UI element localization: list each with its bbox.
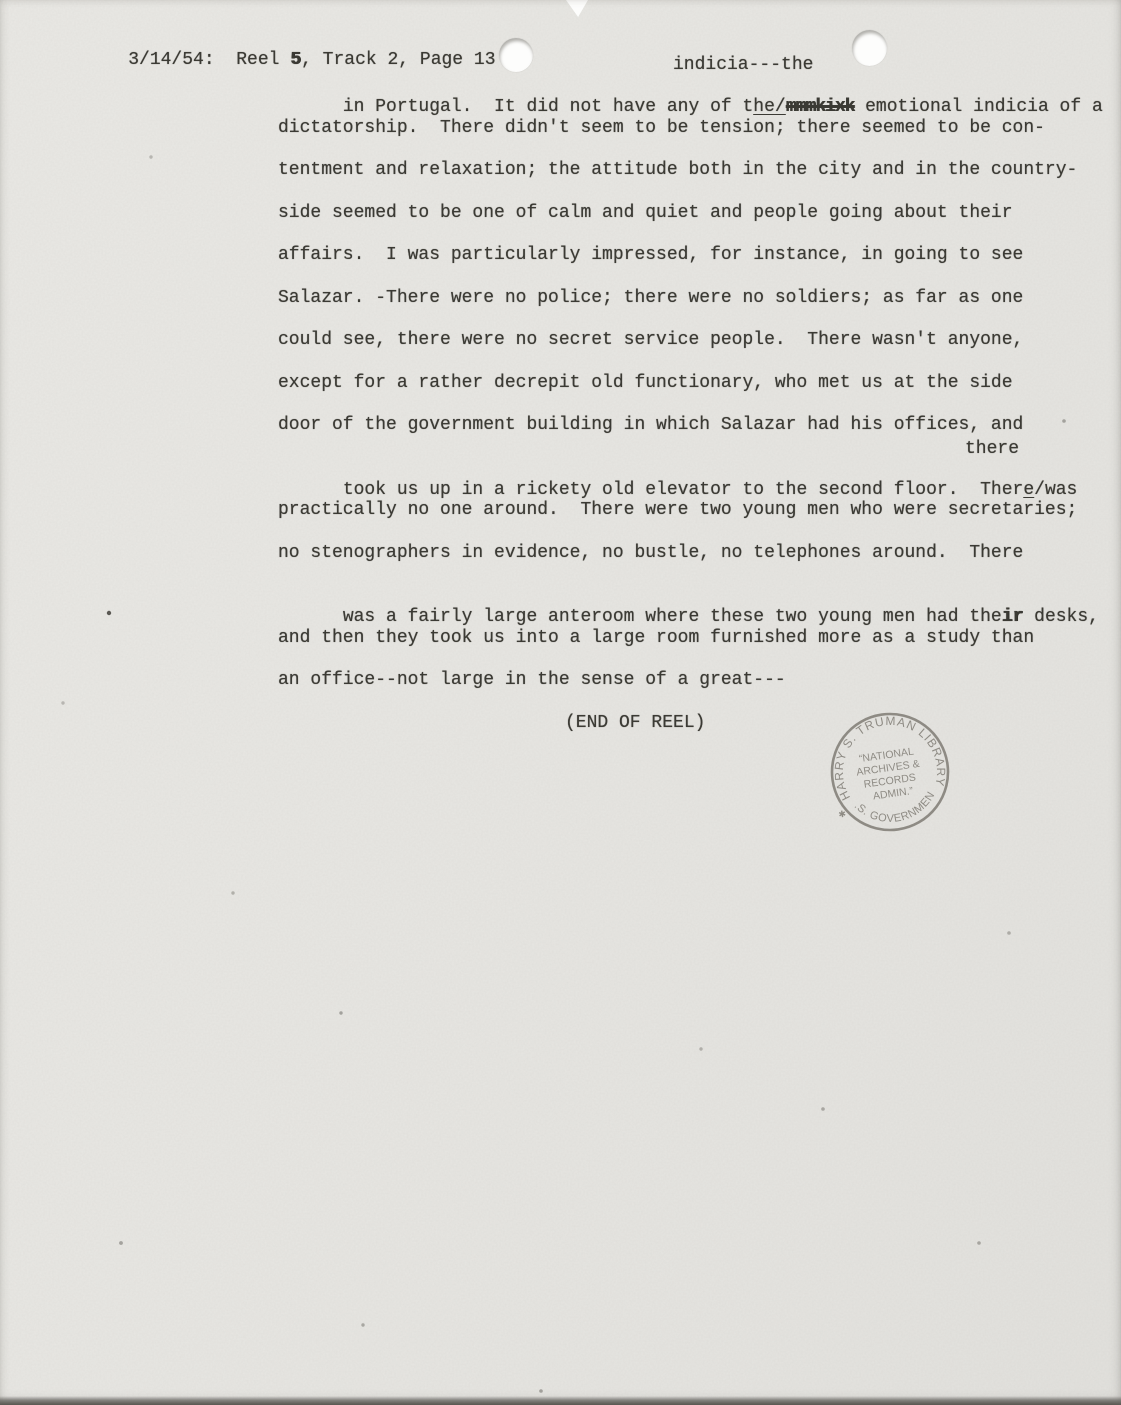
line1-caret-slash: / bbox=[775, 97, 786, 117]
transcript-body: indicia---thein Portugal. It did not hav… bbox=[278, 74, 1103, 754]
header-gap bbox=[215, 50, 237, 70]
typed-insertion-there: there bbox=[965, 438, 1019, 460]
scanned-document-page: 3/14/54: Reel 5, Track 2, Page 13 indici… bbox=[0, 0, 1121, 1405]
line1-underlined: he bbox=[753, 97, 775, 117]
line13-post: desks, bbox=[1023, 607, 1099, 627]
transcript-line-3: tentment and relaxation; the attitude bo… bbox=[278, 159, 1103, 202]
transcript-line-14: and then they took us into a large room … bbox=[278, 627, 1103, 670]
stamp-center-text: “NATIONAL ARCHIVES & RECORDS ADMIN.” bbox=[854, 745, 927, 805]
punch-hole-right bbox=[852, 30, 887, 66]
header-reel-label: Reel bbox=[236, 50, 290, 70]
end-of-reel-marker: (END OF REEL) bbox=[278, 712, 1103, 755]
stamp-star-icon: ✱ bbox=[838, 809, 847, 820]
line10-caret-slash: / bbox=[1034, 480, 1045, 500]
transcript-line-15: an office--not large in the sense of a g… bbox=[278, 669, 1103, 712]
scan-bottom-edge bbox=[0, 1396, 1121, 1405]
line10-pre: took us up in a rickety old elevator to … bbox=[343, 480, 1024, 500]
line13-overtyped: ir bbox=[1002, 607, 1024, 627]
line1-pre: in Portugal. It did not have any of t bbox=[343, 97, 753, 117]
line1-struck-word: mmmkixk bbox=[786, 97, 855, 117]
paper-specks bbox=[0, 0, 2, 2]
line10-post: was bbox=[1045, 480, 1077, 500]
transcript-line-11: practically no one around. There were tw… bbox=[278, 499, 1103, 542]
transcript-line-8: except for a rather decrepit old functio… bbox=[278, 372, 1103, 415]
header-track-page: , Track 2, Page 13 bbox=[301, 50, 495, 70]
header-date: 3/14/54: bbox=[128, 50, 214, 70]
punch-hole-left bbox=[499, 38, 533, 72]
transcript-line-4: side seemed to be one of calm and quiet … bbox=[278, 202, 1103, 245]
header-reel-number: 5 bbox=[290, 50, 301, 70]
transcript-line-1: indicia---thein Portugal. It did not hav… bbox=[278, 74, 1103, 117]
line10-underlined: e bbox=[1023, 480, 1034, 500]
transcript-line-10: theretook us up in a rickety old elevato… bbox=[278, 457, 1103, 500]
truman-library-archives-stamp: HARRY S. TRUMAN LIBRARY U.S. GOVERNMENT … bbox=[806, 688, 974, 856]
typed-insertion-indicia: indicia---the bbox=[673, 54, 813, 76]
transcript-line-7: could see, there were no secret service … bbox=[278, 329, 1103, 372]
transcript-line-12: no stenographers in evidence, no bustle,… bbox=[278, 542, 1103, 585]
line13-pre: was a fairly large anteroom where these … bbox=[343, 607, 1002, 627]
transcript-line-13: was a fairly large anteroom where these … bbox=[278, 584, 1103, 627]
transcript-line-5: affairs. I was particularly impressed, f… bbox=[278, 244, 1103, 287]
transcript-line-6: Salazar. -There were no police; there we… bbox=[278, 287, 1103, 330]
top-edge-notch bbox=[566, 0, 588, 17]
line1-post: emotional indicia of a bbox=[854, 97, 1102, 117]
transcript-line-2: dictatorship. There didn't seem to be te… bbox=[278, 117, 1103, 160]
